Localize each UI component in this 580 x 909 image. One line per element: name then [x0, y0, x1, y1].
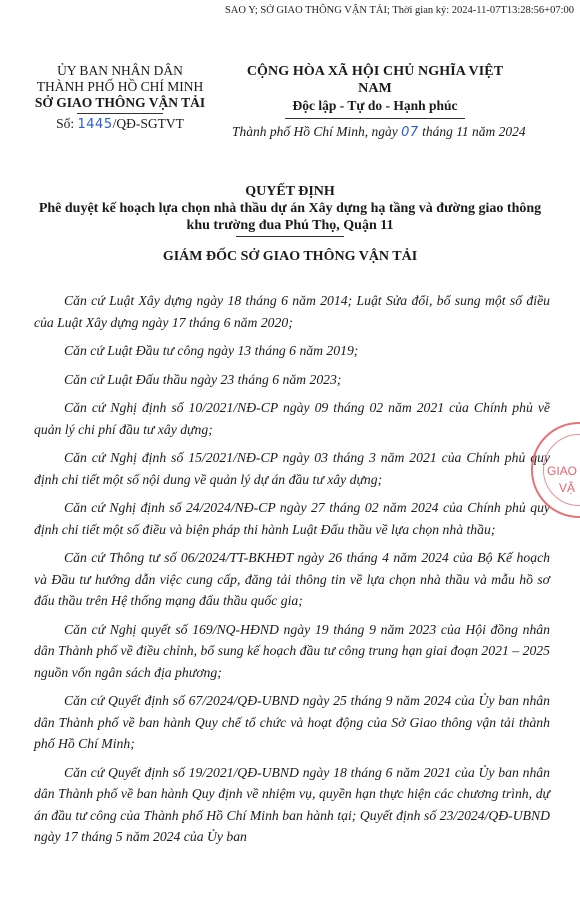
date-suffix: tháng 11 năm 2024 — [419, 124, 526, 139]
document-number-suffix: /QĐ-SGTVT — [113, 116, 184, 131]
document-number: Số: 1445/QĐ-SGTVT — [22, 116, 218, 133]
legal-basis-item: Căn cứ Luật Đầu tư công ngày 13 tháng 6 … — [34, 340, 550, 362]
motto-divider — [285, 118, 465, 119]
document-subject: Phê duyệt kế hoạch lựa chọn nhà thầu dự … — [30, 200, 550, 234]
seal-text-1: GIAO — [547, 464, 577, 478]
authority-line-3: SỞ GIAO THÔNG VẬN TẢI — [22, 95, 218, 111]
legal-basis-item: Căn cứ Thông tư số 06/2024/TT-BKHĐT ngày… — [34, 547, 550, 612]
authority-line-2: THÀNH PHỐ HỒ CHÍ MINH — [22, 79, 218, 95]
legal-bases: Căn cứ Luật Xây dựng ngày 18 tháng 6 năm… — [34, 290, 550, 855]
legal-basis-item: Căn cứ Luật Xây dựng ngày 18 tháng 6 năm… — [34, 290, 550, 333]
digital-signature-line: SAO Y; SỞ GIAO THÔNG VẬN TẢI; Thời gian … — [225, 5, 574, 16]
legal-basis-item: Căn cứ Nghị định số 24/2024/NĐ-CP ngày 2… — [34, 497, 550, 540]
document-title-block: QUYẾT ĐỊNH Phê duyệt kế hoạch lựa chọn n… — [30, 183, 550, 265]
date-day-handwritten: 07 — [401, 125, 419, 140]
legal-basis-item: Căn cứ Nghị quyết số 169/NQ-HĐND ngày 19… — [34, 619, 550, 684]
legal-basis-item: Căn cứ Nghị định số 15/2021/NĐ-CP ngày 0… — [34, 447, 550, 490]
document-number-prefix: Số: — [56, 116, 77, 131]
document-number-handwritten: 1445 — [78, 117, 113, 132]
legal-basis-item: Căn cứ Quyết định số 19/2021/QĐ-UBND ngà… — [34, 762, 550, 848]
seal-text-2: VẬ — [559, 481, 575, 495]
subject-divider — [236, 236, 344, 237]
date-prefix: Thành phố Hồ Chí Minh, ngày — [232, 124, 401, 139]
issuing-authority-title: GIÁM ĐỐC SỞ GIAO THÔNG VẬN TẢI — [30, 249, 550, 265]
place-and-date: Thành phố Hồ Chí Minh, ngày 07 tháng 11 … — [232, 124, 542, 140]
legal-basis-item: Căn cứ Nghị định số 10/2021/NĐ-CP ngày 0… — [34, 397, 550, 440]
issuing-authority-header: ỦY BAN NHÂN DÂN THÀNH PHỐ HỒ CHÍ MINH SỞ… — [22, 63, 218, 133]
national-header: CỘNG HÒA XÃ HỘI CHỦ NGHĨA VIỆT NAM Độc l… — [232, 63, 518, 119]
legal-basis-item: Căn cứ Quyết định số 67/2024/QĐ-UBND ngà… — [34, 690, 550, 755]
national-motto: Độc lập - Tự do - Hạnh phúc — [232, 97, 518, 114]
authority-divider — [77, 113, 163, 114]
authority-line-1: ỦY BAN NHÂN DÂN — [22, 63, 218, 79]
document-type: QUYẾT ĐỊNH — [30, 183, 550, 200]
legal-basis-item: Căn cứ Luật Đấu thầu ngày 23 tháng 6 năm… — [34, 369, 550, 391]
national-title: CỘNG HÒA XÃ HỘI CHỦ NGHĨA VIỆT NAM — [232, 63, 518, 97]
